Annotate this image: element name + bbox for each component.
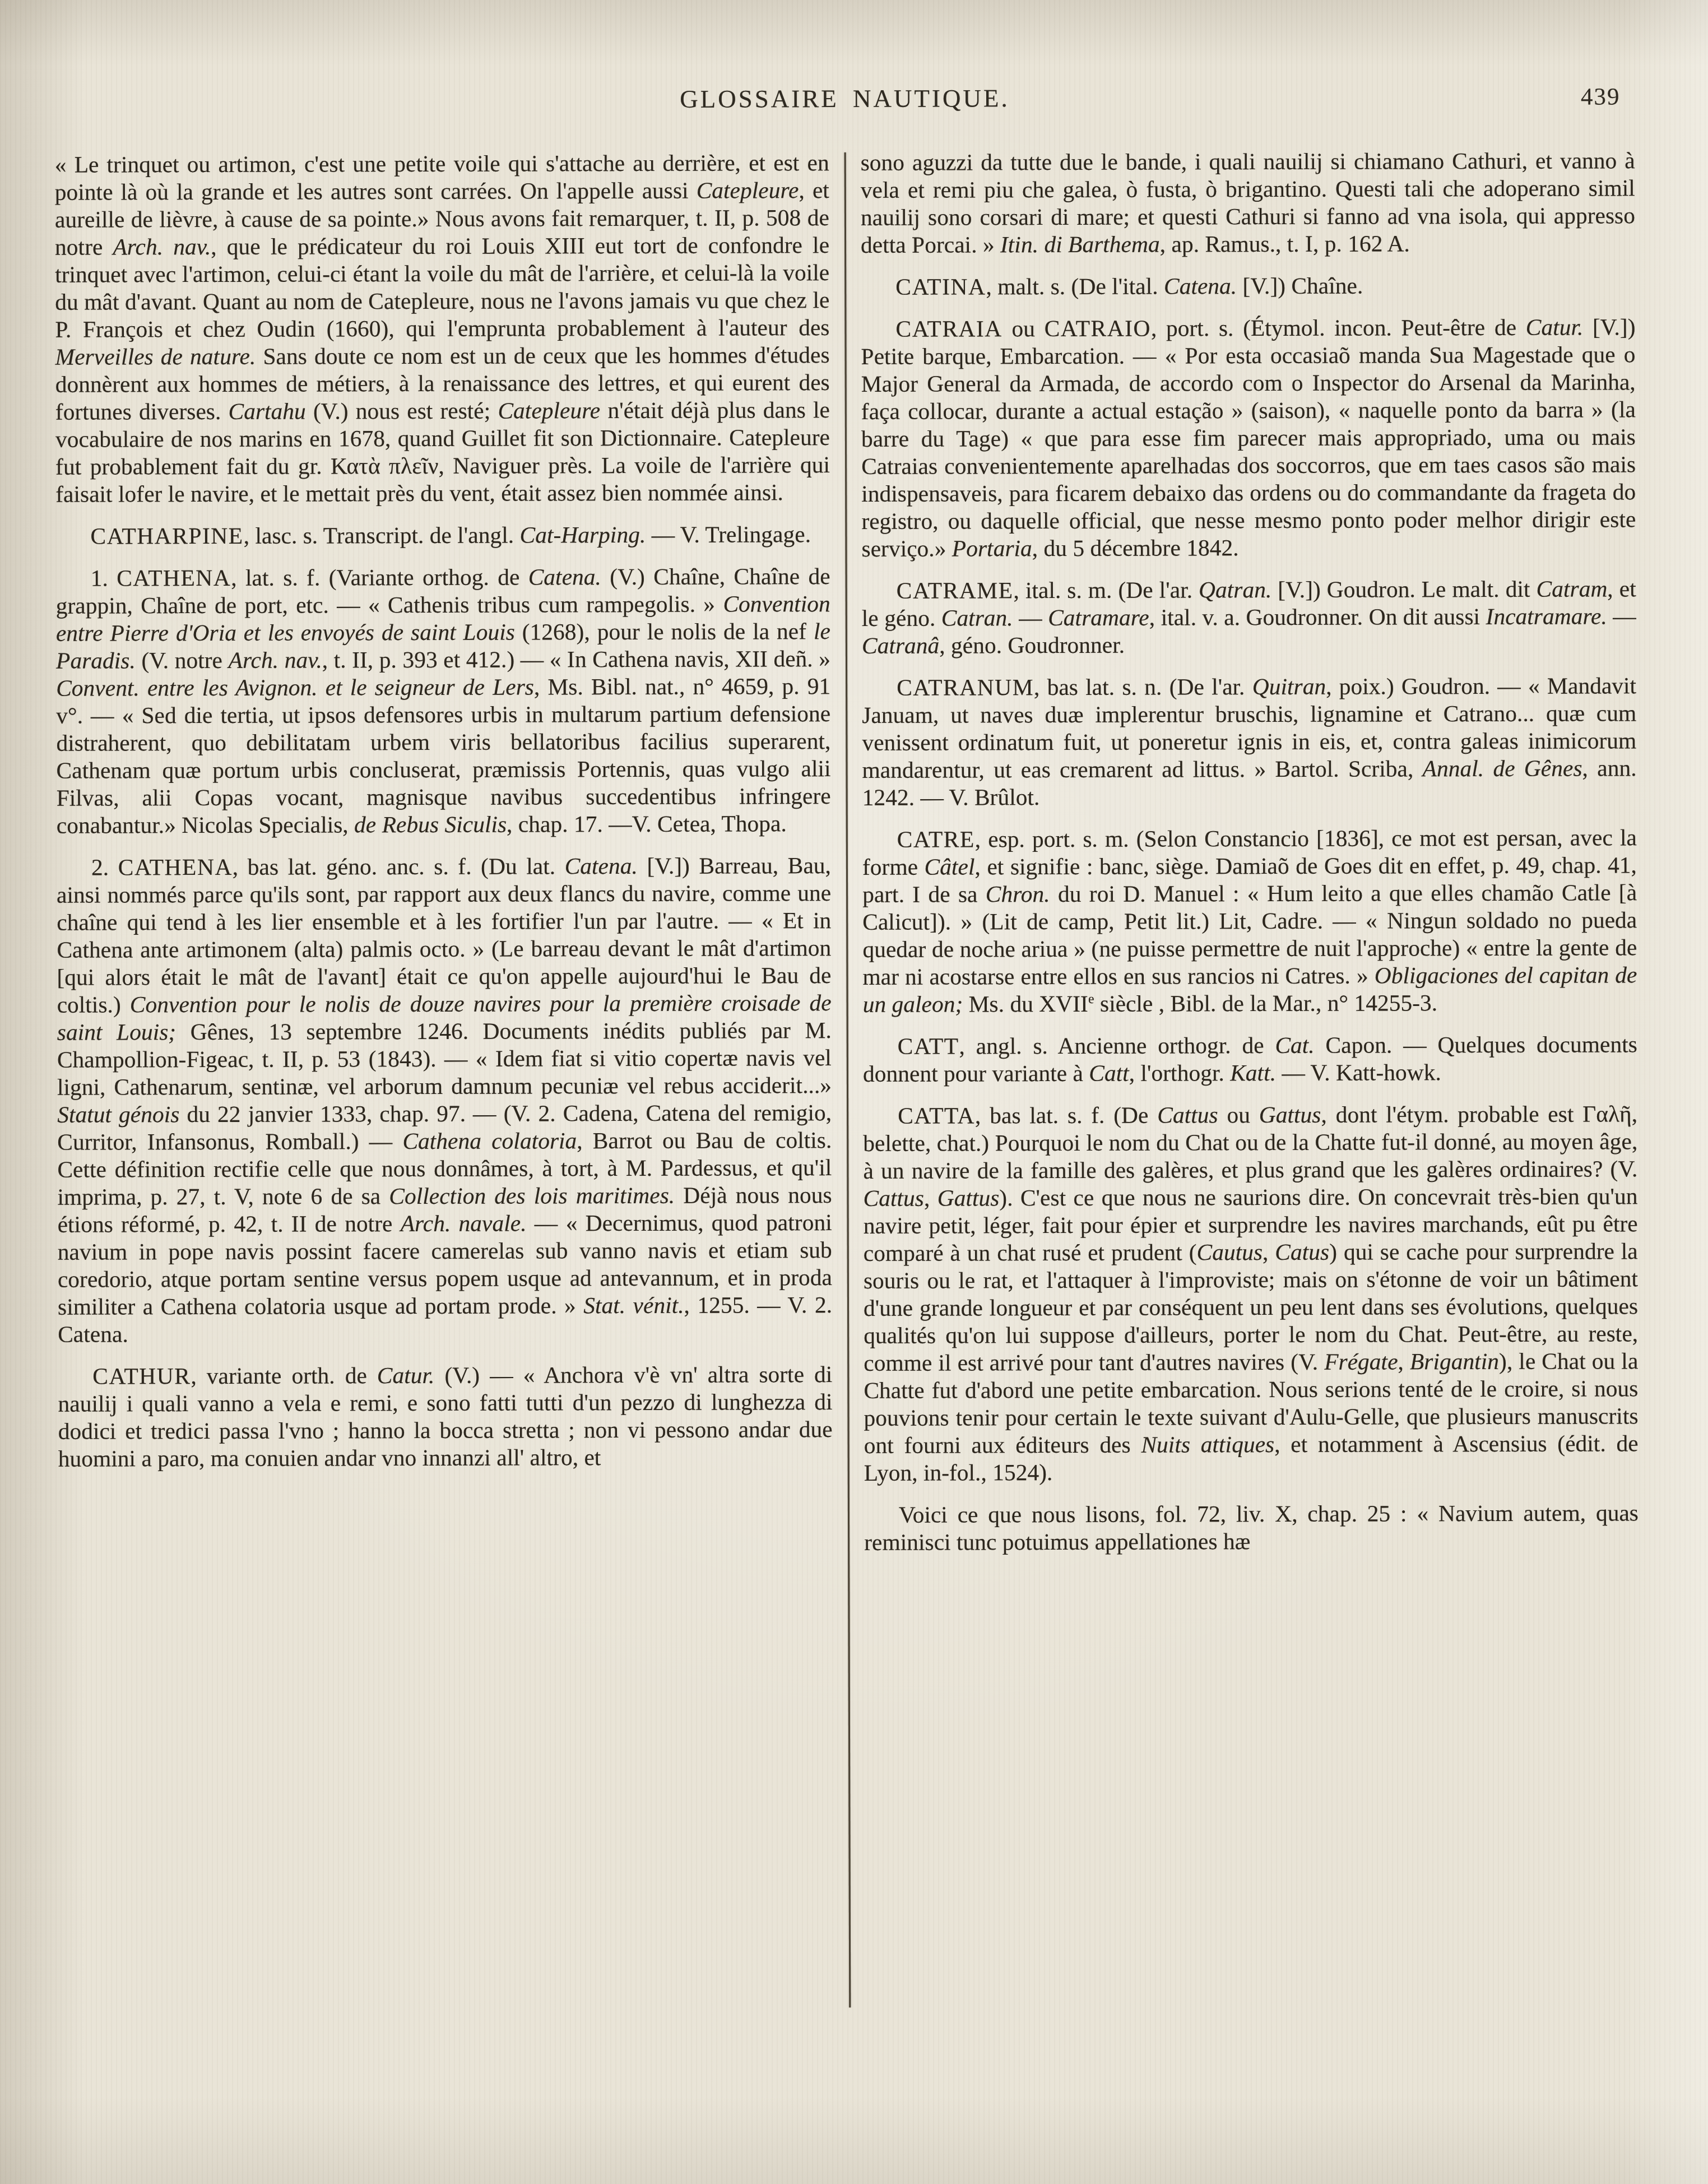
continuation-cathur: sono aguzzi da tutte due le bande, i qua… [861, 147, 1636, 259]
entry-cathena-2: 2. CATHENA, bas lat. géno. anc. s. f. (D… [57, 852, 832, 1348]
entry-catharpine: CATHARPINE, lasc. s. Transcript. de l'an… [55, 521, 830, 550]
entry-cathena-1: 1. CATHENA, lat. s. f. (Variante orthog.… [56, 563, 831, 840]
text-columns: « Le trinquet ou artimon, c'est une peti… [55, 147, 1640, 2009]
entry-catraia: CATRAIA ou CATRAIO, port. s. (Étymol. in… [861, 313, 1636, 563]
left-column: « Le trinquet ou artimon, c'est une peti… [55, 149, 833, 1487]
entry-cathur: CATHUR, variante orth. de Catur. (V.) — … [58, 1361, 833, 1473]
page-number: 439 [1581, 83, 1621, 110]
continuation-trinquet: « Le trinquet ou artimon, c'est une peti… [55, 149, 830, 508]
entry-catina: CATINA, malt. s. (De l'ital. Catena. [V.… [861, 271, 1635, 301]
right-column: sono aguzzi da tutte due le bande, i qua… [861, 147, 1639, 1571]
entry-catrame: CATRAME, ital. s. m. (De l'ar. Qatran. [… [862, 575, 1636, 660]
entry-catta: CATTA, bas lat. s. f. (De Cattus ou Gatt… [863, 1100, 1639, 1487]
page-title: GLOSSAIRE NAUTIQUE. [54, 82, 1635, 115]
column-divider-rule [844, 152, 851, 2007]
page-header: GLOSSAIRE NAUTIQUE. 439 [54, 82, 1635, 122]
entry-catranum: CATRANUM, bas lat. s. n. (De l'ar. Quitr… [862, 672, 1637, 812]
page: GLOSSAIRE NAUTIQUE. 439 « Le trinquet ou… [0, 0, 1708, 2184]
entry-catta-citation: Voici ce que nous lisons, fol. 72, liv. … [864, 1499, 1639, 1556]
entry-catre: CATRE, esp. port. s. m. (Selon Constanci… [862, 824, 1637, 1018]
entry-catt: CATT, angl. s. Ancienne orthogr. de Cat.… [863, 1031, 1637, 1088]
